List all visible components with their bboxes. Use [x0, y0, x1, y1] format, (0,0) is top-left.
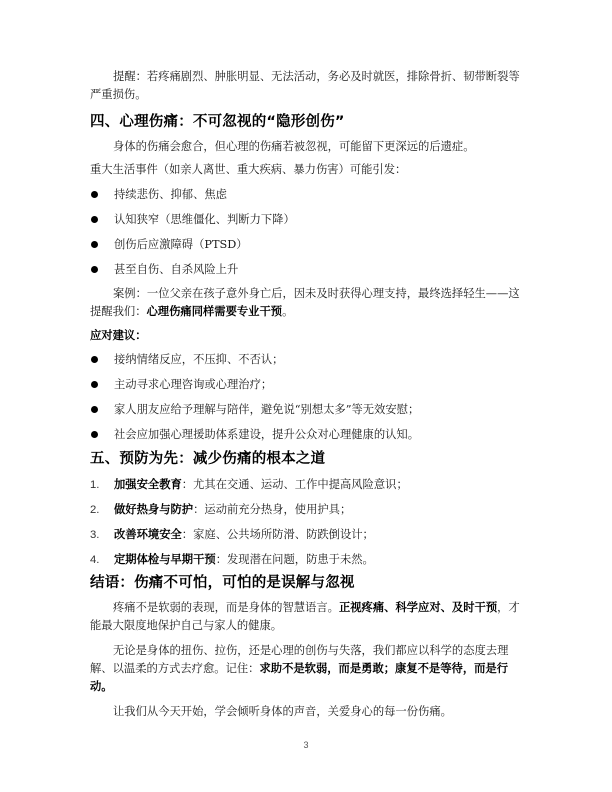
list-item: 接纳情绪反应，不压抑、不否认；	[90, 351, 524, 369]
list-item: 家人朋友应给予理解与陪伴，避免说“别想太多”等无效安慰；	[90, 401, 524, 419]
list-item: 甚至自伤、自杀风险上升	[90, 261, 524, 279]
section-4-intro: 身体的伤痛会愈合，但心理的伤痛若被忽视，可能留下更深远的后遗症。	[90, 138, 524, 156]
section-4-heading: 四、心理伤痛：不可忽视的“隐形创伤”	[90, 112, 524, 132]
bullet-icon	[91, 216, 98, 223]
list-item: 主动寻求心理咨询或心理治疗；	[90, 376, 524, 394]
bullet-icon	[91, 266, 98, 273]
list-item: 社会应加强心理援助体系建设，提升公众对心理健康的认知。	[90, 426, 524, 444]
bullet-icon	[91, 241, 98, 248]
list-item: 1.加强安全教育：尤其在交通、运动、工作中提高风险意识；	[90, 476, 524, 494]
list-item: 4.定期体检与早期干预：发现潜在问题，防患于未然。	[90, 551, 524, 569]
bullet-icon	[91, 381, 98, 388]
document-page: 提醒：若疼痛剧烈、肿胀明显、无法活动，务必及时就医，排除骨折、韧带断裂等严重损伤…	[90, 68, 524, 721]
psych-effects-list: 持续悲伤、抑郁、焦虑 认知狭窄（思维僵化、判断力下降） 创伤后应激障碍（PTSD…	[90, 186, 524, 279]
case-emphasis: 心理伤痛同样需要专业干预	[147, 305, 283, 318]
list-item: 2.做好热身与防护：运动前充分热身，使用护具；	[90, 501, 524, 519]
page-number: 3	[0, 740, 612, 750]
advice-heading: 应对建议：	[90, 327, 524, 345]
bullet-icon	[91, 191, 98, 198]
conclusion-paragraph-1: 疼痛不是软弱的表现，而是身体的智慧语言。正视疼痛、科学应对、及时干预，才能最大限…	[90, 599, 524, 635]
conclusion-paragraph-3: 让我们从今天开始，学会倾听身体的声音，关爱身心的每一份伤痛。	[90, 703, 524, 721]
list-item: 持续悲伤、抑郁、焦虑	[90, 186, 524, 204]
list-item: 认知狭窄（思维僵化、判断力下降）	[90, 211, 524, 229]
bullet-icon	[91, 431, 98, 438]
reminder-paragraph: 提醒：若疼痛剧烈、肿胀明显、无法活动，务必及时就医，排除骨折、韧带断裂等严重损伤…	[90, 68, 524, 104]
life-events-lead: 重大生活事件（如亲人离世、重大疾病、暴力伤害）可能引发：	[90, 161, 524, 179]
conclusion-paragraph-2: 无论是身体的扭伤、拉伤，还是心理的创伤与失落，我们都应以科学的态度去理解、以温柔…	[90, 642, 524, 696]
conclusion-heading: 结语：伤痛不可怕，可怕的是误解与忽视	[90, 573, 524, 593]
section-5-heading: 五、预防为先：减少伤痛的根本之道	[90, 449, 524, 469]
prevention-list: 1.加强安全教育：尤其在交通、运动、工作中提高风险意识； 2.做好热身与防护：运…	[90, 476, 524, 569]
list-item: 3.改善环境安全：家庭、公共场所防滑、防跌倒设计；	[90, 526, 524, 544]
list-item: 创伤后应激障碍（PTSD）	[90, 236, 524, 254]
advice-list: 接纳情绪反应，不压抑、不否认； 主动寻求心理咨询或心理治疗； 家人朋友应给予理解…	[90, 351, 524, 444]
bullet-icon	[91, 356, 98, 363]
bullet-icon	[91, 406, 98, 413]
case-paragraph: 案例：一位父亲在孩子意外身亡后，因未及时获得心理支持，最终选择轻生——这提醒我们…	[90, 285, 524, 321]
